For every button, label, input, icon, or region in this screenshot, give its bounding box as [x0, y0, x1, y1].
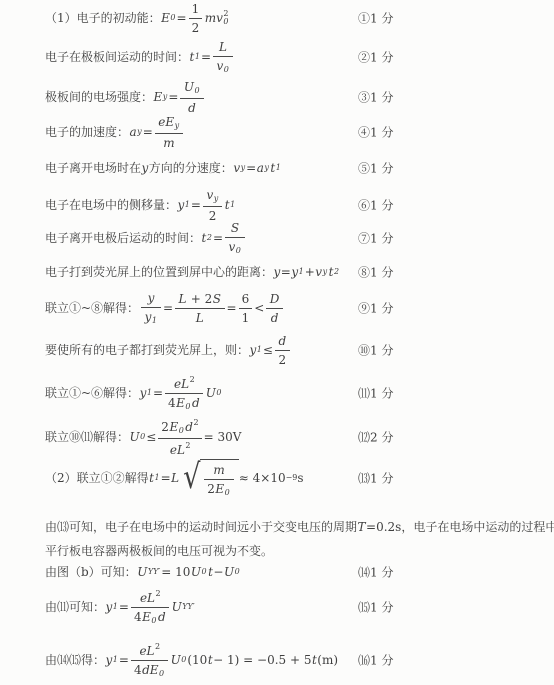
- score-marker: ⑾1 分: [358, 385, 393, 402]
- text-run: 2: [161, 420, 169, 434]
- text-run: +: [305, 266, 315, 278]
- solution-line-1: （1）电子的初动能：E0 = 12mv20①1 分: [0, 0, 554, 36]
- denominator: 1: [239, 309, 253, 325]
- math-var: U: [137, 566, 148, 578]
- subscript: 0: [236, 246, 242, 255]
- text-run: 由⒀可知，电子在电场中的运动时间远小于交变电压的周期: [45, 521, 357, 533]
- text-run: 2: [192, 21, 200, 35]
- score-marker: ⑥1 分: [358, 197, 393, 214]
- math-var: eL: [169, 443, 185, 457]
- math-var: mv: [204, 12, 223, 24]
- denominator: v0: [225, 238, 245, 256]
- subscript: 0: [179, 426, 185, 435]
- text-run: 联立⑩⑾解得：: [45, 431, 129, 443]
- subscript: 1: [276, 164, 282, 172]
- solution-line-15: 由⑾可知：y1 = eL24E0dUYY′⒂1 分: [0, 589, 554, 625]
- text-run: =: [281, 266, 291, 278]
- denominator: d: [180, 99, 203, 115]
- fraction: Sv0: [225, 221, 245, 256]
- solution-line-7: 电子离开电极后运动的时间：t2 = Sv0⑦1 分: [0, 220, 554, 256]
- text-run: =: [213, 232, 223, 244]
- denominator: y1: [141, 308, 161, 326]
- numerator: eEy: [155, 115, 183, 134]
- math-var: U: [183, 80, 194, 94]
- solution-line-5: 电子离开电场时在 y 方向的分速度：vy = ayt1⑤1 分: [0, 158, 554, 178]
- text-run: ≤: [146, 431, 156, 443]
- numerator: m: [204, 463, 234, 480]
- fraction: eEym: [155, 115, 183, 150]
- score-marker: ⒀1 分: [358, 470, 393, 487]
- numerator: D: [266, 292, 283, 309]
- text-run: 电子在电场中的侧移量：: [45, 199, 177, 211]
- text-run: =: [153, 387, 163, 399]
- numerator: vy: [203, 188, 222, 207]
- math-var: v: [315, 266, 323, 278]
- score-marker: ②1 分: [358, 49, 393, 66]
- math-var: m: [163, 136, 175, 150]
- subscript: 0: [225, 488, 231, 497]
- text-run: <: [254, 302, 264, 314]
- text-run: 2: [278, 353, 286, 367]
- formula: 电子打到荧光屏上的位置到屏中心的距离：y = y1 + vyt2: [45, 266, 340, 278]
- denominator: 4dE0: [131, 661, 168, 679]
- math-var: eL: [139, 591, 155, 605]
- text-run: (m): [317, 654, 338, 666]
- formula: 联立⑩⑾解得：U0 ≤ 2E0d2eL2 = 30V: [45, 418, 241, 457]
- score-marker: ⑦1 分: [358, 230, 393, 247]
- text-run: =: [191, 199, 201, 211]
- math-var: U: [170, 654, 181, 666]
- math-var: d: [278, 334, 287, 348]
- subscript: 0: [195, 86, 201, 95]
- formula: （1）电子的初动能：E0 = 12mv20: [45, 2, 228, 35]
- subscript: y: [214, 194, 220, 203]
- formula: 电子离开电场时在 y 方向的分速度：vy = ayt1: [45, 162, 282, 174]
- subscript: 0: [159, 669, 165, 678]
- superscript: 2: [185, 441, 190, 450]
- text-run: 电子打到荧光屏上的位置到屏中心的距离：: [45, 266, 273, 278]
- paragraph-text: 平行板电容器两极板间的电压可视为不变。: [45, 545, 273, 557]
- formula: 联立①~⑥解得：y1 = eL24E0dU0: [45, 375, 222, 412]
- math-var: T: [357, 521, 366, 533]
- score-marker: ⑨1 分: [358, 300, 393, 317]
- paragraph-text: 由⒀可知，电子在电场中的运动时间远小于交变电压的周期 T=0.2s，电子在电场中…: [45, 521, 554, 533]
- text-run: =: [119, 654, 129, 666]
- score-marker: ⑧1 分: [358, 264, 393, 281]
- fraction: 12: [189, 2, 203, 35]
- math-var: v: [233, 162, 241, 174]
- text-run: =: [168, 91, 178, 103]
- subscript: 1: [230, 201, 236, 209]
- text-run: 由图（b）可知：: [45, 566, 137, 578]
- numerator: y: [141, 291, 161, 308]
- fraction: eL24E0d: [131, 589, 169, 626]
- superscript: 2: [155, 642, 160, 651]
- text-run: = 30V: [204, 431, 242, 443]
- formula: 由图（b）可知：UYY′ = 10U0t − U0: [45, 566, 241, 578]
- math-var: E: [161, 12, 171, 24]
- text-run: （2）联立①②解得: [45, 472, 149, 484]
- solution-line-2: 电子在极板间运动的时间：t1 = Lv0②1 分: [0, 39, 554, 75]
- math-var: v: [228, 240, 236, 254]
- math-var: m: [213, 463, 225, 477]
- text-run: 2: [207, 482, 215, 496]
- text-run: 由⒁⒂得：: [45, 654, 105, 666]
- text-run: =: [161, 472, 171, 484]
- text-run: =: [227, 302, 237, 314]
- solution-line-10: 要使所有的电子都打到荧光屏上，则：y1 ≤ d2⑩1 分: [0, 332, 554, 368]
- formula: 电子的加速度：ay = eEym: [45, 115, 185, 150]
- fraction: eL24dE0: [131, 642, 168, 679]
- text-run: 电子离开电极后运动的时间：: [45, 232, 201, 244]
- superscript: 2: [190, 375, 195, 384]
- subscript: 0: [224, 65, 230, 74]
- math-var: y: [147, 291, 155, 305]
- text-run: 电子的加速度：: [45, 126, 129, 138]
- text-run: −: [213, 566, 223, 578]
- math-var: E: [142, 610, 152, 624]
- denominator: d: [266, 309, 283, 325]
- math-var: y: [291, 266, 299, 278]
- math-var: E: [215, 482, 225, 496]
- math-var: U: [171, 601, 182, 613]
- fraction: d2: [275, 334, 290, 367]
- formula: 要使所有的电子都打到荧光屏上，则：y1 ≤ d2: [45, 334, 292, 367]
- superscript: 2: [193, 418, 198, 427]
- solution-line-11: 联立①~⑥解得：y1 = eL24E0dU0⑾1 分: [0, 375, 554, 411]
- score-marker: ④1 分: [358, 124, 393, 141]
- text-run: =: [177, 12, 187, 24]
- math-var: d: [157, 610, 166, 624]
- text-run: 6: [242, 292, 250, 306]
- numerator: 6: [239, 292, 253, 309]
- fraction: 61: [239, 292, 253, 325]
- math-var: U: [129, 431, 140, 443]
- subscript: 0: [223, 18, 228, 26]
- math-var: D: [269, 292, 280, 306]
- math-var: y: [249, 344, 257, 356]
- math-var: d: [188, 101, 197, 115]
- subscript: 1: [152, 316, 158, 325]
- score-marker: ⒁1 分: [358, 564, 393, 581]
- text-run: =: [119, 601, 129, 613]
- math-var: L: [178, 292, 187, 306]
- math-var: E: [169, 420, 179, 434]
- math-var: d: [192, 396, 201, 410]
- solution-line-16: 由⒁⒂得：y1 = eL24dE0U0(10t − 1) = −0.5 + 5t…: [0, 642, 554, 678]
- text-run: 方向的分速度：: [149, 162, 233, 174]
- math-var: a: [129, 126, 137, 138]
- denominator: 4E0d: [131, 608, 169, 626]
- fraction: Dd: [266, 292, 283, 325]
- numerator: L: [213, 40, 233, 57]
- superscript: 2: [156, 589, 161, 598]
- formula: 电子离开电极后运动的时间：t2 = Sv0: [45, 221, 247, 256]
- text-run: 1: [242, 311, 250, 325]
- text-run: 电子在极板间运动的时间：: [45, 51, 189, 63]
- denominator: eL2: [158, 439, 201, 457]
- subscript: y: [175, 121, 181, 130]
- text-run: （1）电子的初动能：: [45, 12, 161, 24]
- text-run: 要使所有的电子都打到荧光屏上，则：: [45, 344, 249, 356]
- score-marker: ⑩1 分: [358, 342, 393, 359]
- fraction: vy2: [203, 188, 222, 223]
- radicand: m2E0: [200, 459, 239, 498]
- fraction: Lv0: [213, 40, 233, 75]
- math-var: L: [195, 311, 204, 325]
- math-var: S: [230, 221, 239, 235]
- text-run: ≈ 4×10: [239, 472, 286, 484]
- numerator: S: [225, 221, 245, 238]
- math-var: L: [171, 472, 180, 484]
- solution-line-3: 极板间的电场强度：Ey = U0d③1 分: [0, 79, 554, 115]
- fraction: eL24E0d: [165, 375, 203, 412]
- math-var: U: [190, 566, 201, 578]
- solution-line-14: 由图（b）可知：UYY′ = 10U0t − U0⒁1 分: [0, 562, 554, 582]
- answer-sheet-page: { "document": { "background": "#fcfcfb",…: [0, 0, 554, 685]
- solution-line-13: （2）联立①②解得 t1 = L√m2E0 ≈ 4×10−9s⒀1 分: [0, 456, 554, 500]
- score-marker: ③1 分: [358, 89, 393, 106]
- numerator: eL2: [165, 375, 203, 394]
- text-run: =: [201, 51, 211, 63]
- subscript: YY′: [148, 568, 161, 576]
- denominator: 2E0: [204, 480, 234, 498]
- denominator: 2: [189, 19, 203, 35]
- text-run: 联立①~⑥解得：: [45, 387, 139, 399]
- math-var: y: [105, 601, 113, 613]
- fraction: m2E0: [204, 463, 234, 498]
- solution-line-8: 电子打到荧光屏上的位置到屏中心的距离：y = y1 + vyt2⑧1 分: [0, 262, 554, 282]
- text-run: 1: [192, 2, 200, 16]
- paragraph-line-1: 由⒀可知，电子在电场中的运动时间远小于交变电压的周期 T=0.2s，电子在电场中…: [0, 517, 554, 537]
- subscript: 2: [334, 268, 340, 276]
- fraction: yy1: [141, 291, 161, 326]
- math-var: v: [206, 188, 214, 202]
- solution-line-9: 联立①~⑧解得：yy1 = L + 2SL = 61 < Dd⑨1 分: [0, 290, 554, 326]
- text-run: 由⑾可知：: [45, 601, 105, 613]
- paragraph-line-2: 平行板电容器两极板间的电压可视为不变。: [0, 541, 554, 561]
- math-var: y: [273, 266, 281, 278]
- denominator: 2: [275, 351, 290, 367]
- formula: 电子在极板间运动的时间：t1 = Lv0: [45, 40, 235, 75]
- numerator: L + 2S: [175, 292, 225, 309]
- subscript: 0: [235, 568, 241, 576]
- numerator: eL2: [131, 642, 168, 661]
- fraction: 2E0d2eL2: [158, 418, 201, 457]
- sup-sub-stack: 20: [223, 10, 228, 27]
- text-run: + 2: [187, 292, 212, 306]
- math-var: y: [177, 199, 185, 211]
- text-run: =0.2s，电子在电场中运动的过程中，: [366, 521, 554, 533]
- math-var: E: [176, 396, 186, 410]
- math-var: d: [270, 311, 279, 325]
- text-run: 平行板电容器两极板间的电压可视为不变。: [45, 545, 273, 557]
- formula: 由⒁⒂得：y1 = eL24dE0U0(10t − 1) = −0.5 + 5t…: [45, 642, 338, 679]
- score-marker: ⑤1 分: [358, 160, 393, 177]
- math-var: eL: [139, 644, 155, 658]
- score-marker: ⑿2 分: [358, 429, 393, 446]
- numerator: 1: [189, 2, 203, 19]
- text-run: = 10: [161, 566, 190, 578]
- fraction: U0d: [180, 80, 203, 115]
- text-run: s: [297, 472, 303, 484]
- text-run: =: [246, 162, 256, 174]
- math-var: U: [223, 566, 234, 578]
- numerator: 2E0d2: [158, 418, 201, 439]
- text-run: ≤: [263, 344, 273, 356]
- text-run: =: [163, 302, 173, 314]
- numerator: d: [275, 334, 290, 351]
- text-run: (10: [187, 654, 207, 666]
- formula: 由⑾可知：y1 = eL24E0dUYY′: [45, 589, 196, 626]
- denominator: m: [155, 134, 183, 150]
- superscript: −9: [286, 474, 298, 482]
- math-var: y: [144, 310, 152, 324]
- math-var: S: [212, 292, 221, 306]
- formula: （2）联立①②解得 t1 = L√m2E0 ≈ 4×10−9s: [45, 459, 304, 498]
- solution-line-12: 联立⑩⑾解得：U0 ≤ 2E0d2eL2 = 30V⑿2 分: [0, 419, 554, 455]
- fraction: L + 2SL: [175, 292, 225, 325]
- math-var: U: [205, 387, 216, 399]
- math-var: y: [139, 387, 147, 399]
- formula: 电子在电场中的侧移量：y1 = vy2t1: [45, 188, 236, 223]
- math-var: eE: [158, 115, 175, 129]
- square-root: √m2E0: [181, 459, 239, 498]
- score-marker: ①1 分: [358, 10, 393, 27]
- subscript: 0: [216, 389, 222, 397]
- text-run: 极板间的电场强度：: [45, 91, 153, 103]
- subscript: 0: [185, 402, 191, 411]
- text-run: 4: [134, 663, 142, 677]
- text-run: 联立①~⑧解得：: [45, 302, 139, 314]
- solution-line-6: 电子在电场中的侧移量：y1 = vy2t1⑥1 分: [0, 187, 554, 223]
- solution-line-4: 电子的加速度：ay = eEym④1 分: [0, 114, 554, 150]
- radical-sign: √: [183, 465, 200, 491]
- math-var: y: [141, 162, 149, 174]
- score-marker: ⒃1 分: [358, 652, 393, 669]
- math-var: v: [216, 59, 224, 73]
- denominator: 4E0d: [165, 394, 203, 412]
- score-marker: ⒂1 分: [358, 599, 393, 616]
- numerator: eL2: [131, 589, 169, 608]
- denominator: v0: [213, 57, 233, 75]
- numerator: U0: [180, 80, 203, 99]
- formula: 极板间的电场强度：Ey = U0d: [45, 80, 206, 115]
- math-var: y: [105, 654, 113, 666]
- denominator: L: [175, 309, 225, 325]
- formula: 联立①~⑧解得：yy1 = L + 2SL = 61 < Dd: [45, 291, 285, 326]
- text-run: − 1) = −0.5 + 5: [213, 654, 311, 666]
- text-run: =: [143, 126, 153, 138]
- math-var: L: [218, 40, 227, 54]
- math-var: eL: [174, 377, 190, 391]
- math-var: dE: [142, 663, 159, 677]
- text-run: 电子离开电场时在: [45, 162, 141, 174]
- text-run: 4: [134, 610, 142, 624]
- subscript: YY′: [182, 603, 195, 611]
- math-var: E: [153, 91, 163, 103]
- text-run: 4: [168, 396, 176, 410]
